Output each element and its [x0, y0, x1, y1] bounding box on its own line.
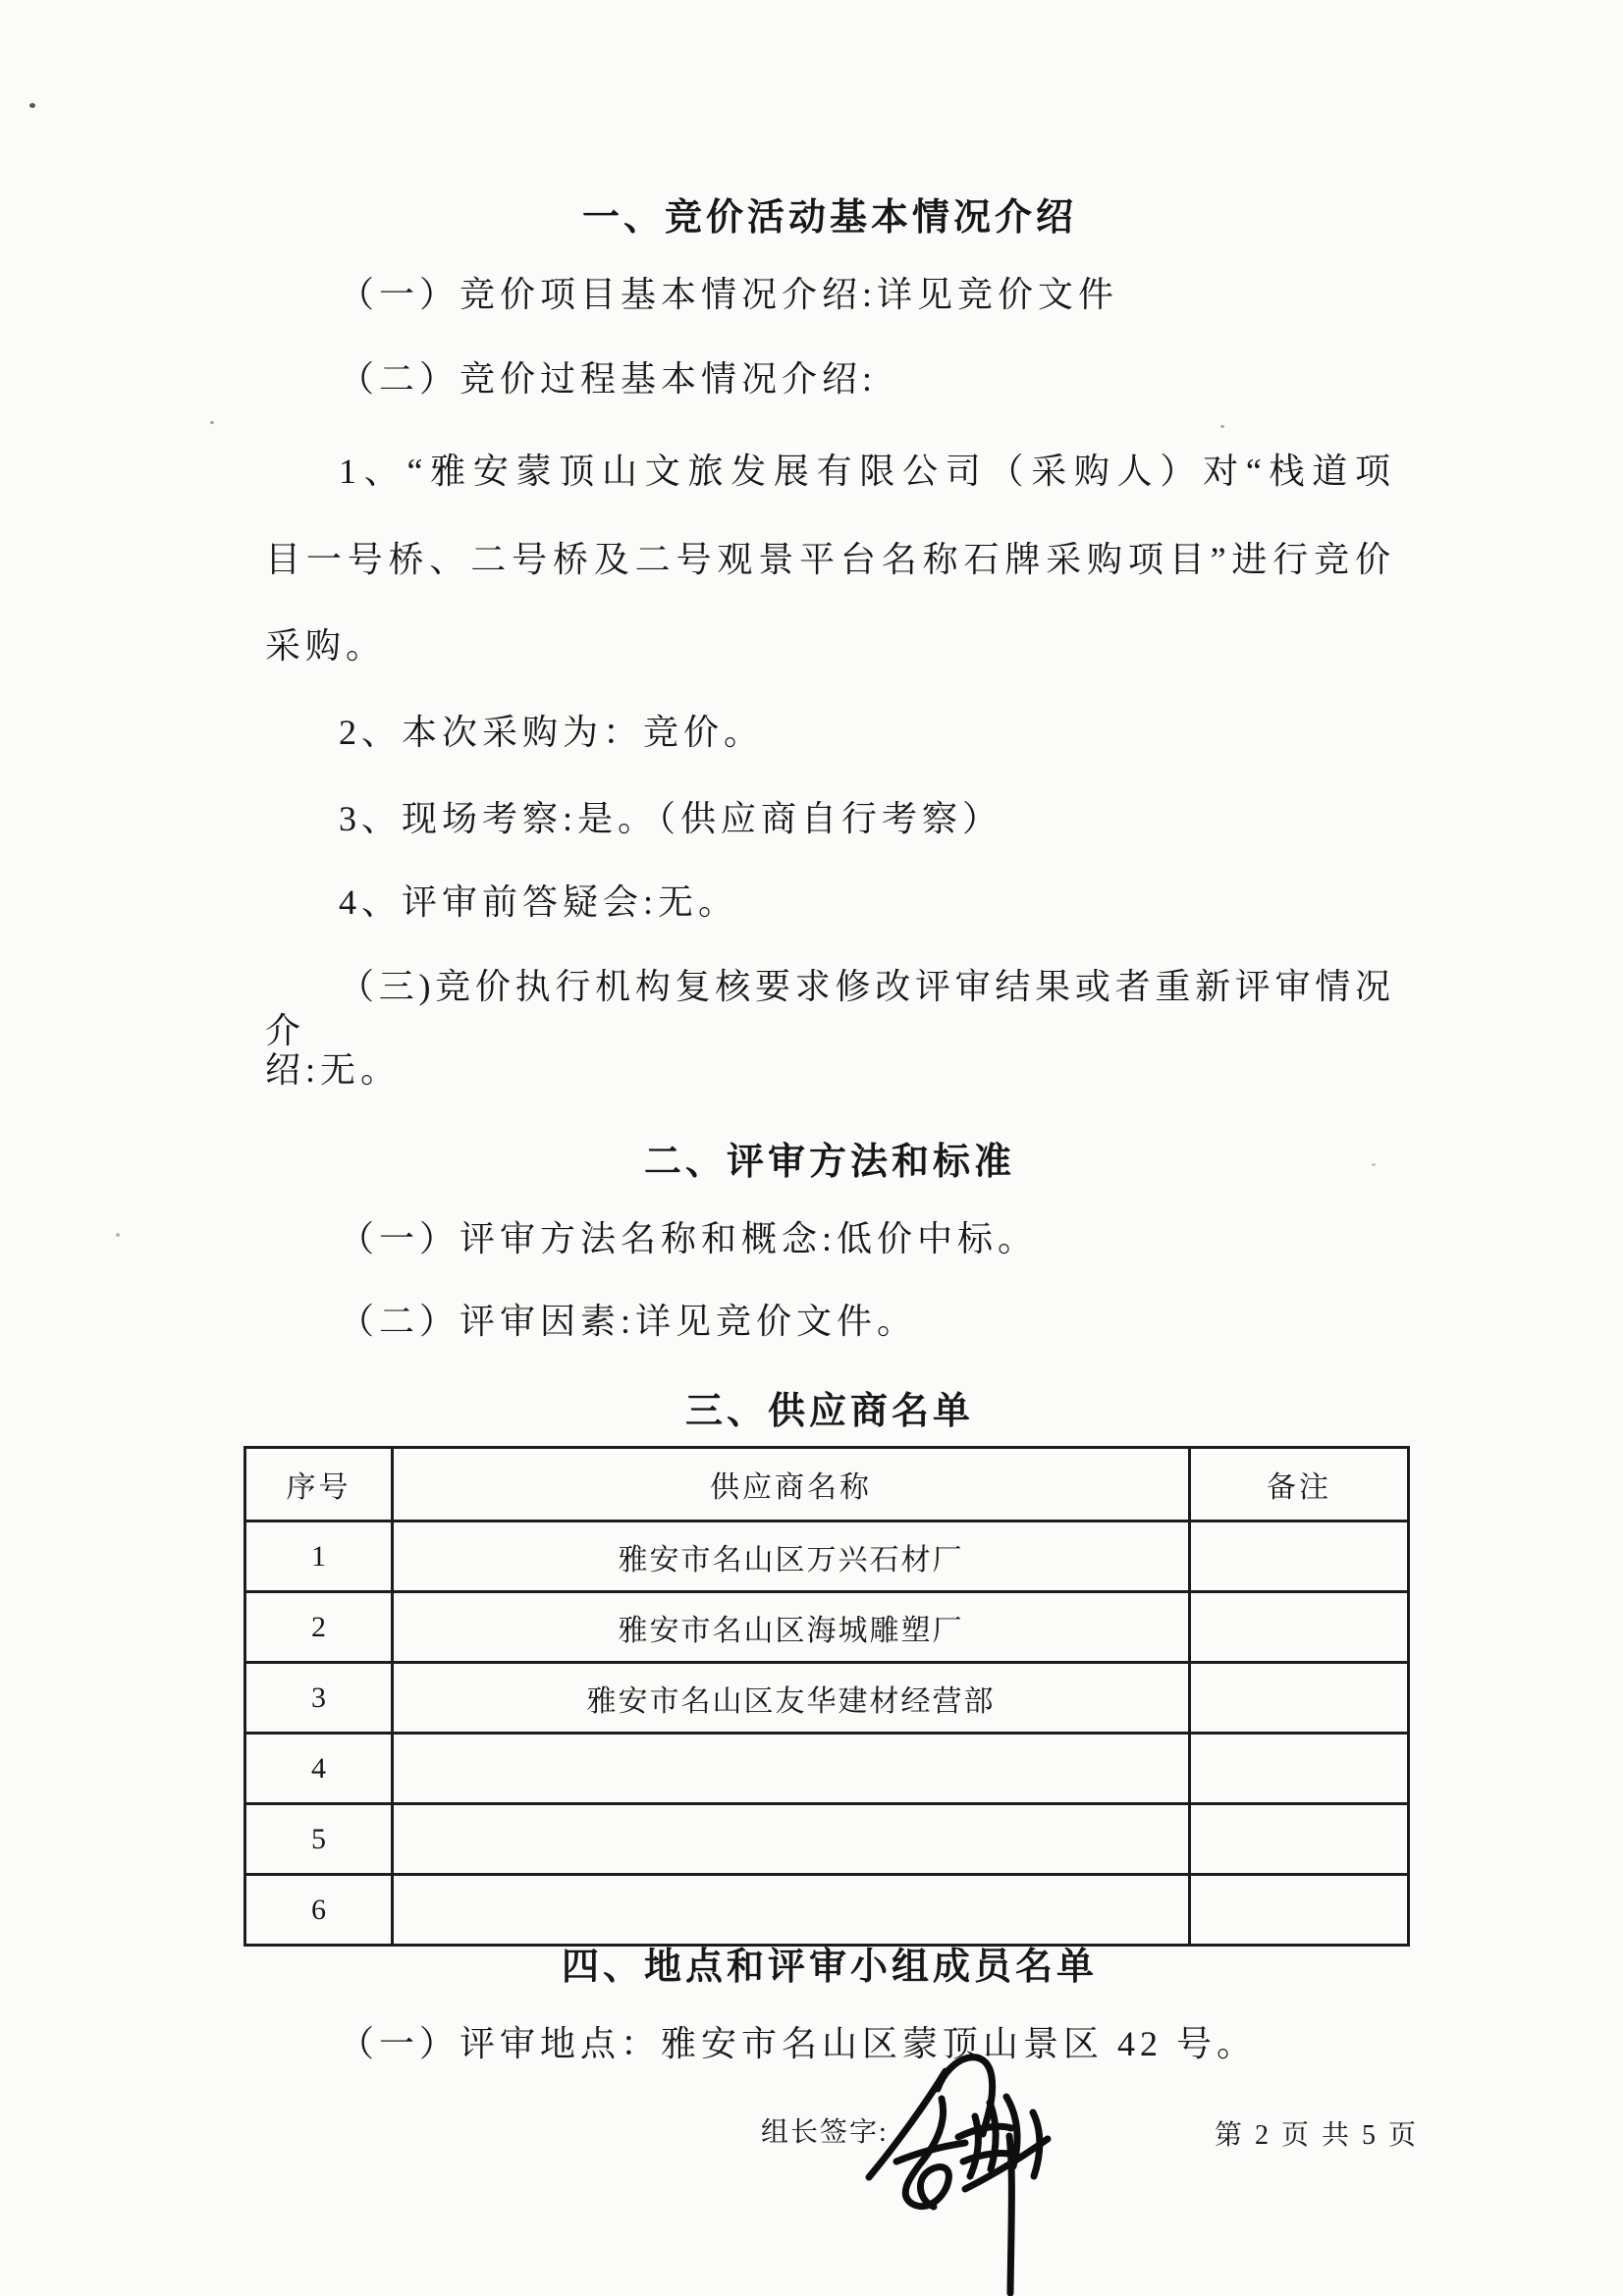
- scan-speck: [210, 421, 214, 424]
- supplier-table: 序号 供应商名称 备注 1 雅安市名山区万兴石材厂 2 雅安市名山区海城雕塑厂 …: [243, 1446, 1410, 1947]
- column-header-index: 序号: [245, 1448, 393, 1522]
- paragraph-project-intro: （一）竞价项目基本情况介绍:详见竞价文件: [265, 273, 1394, 317]
- paragraph-review-location: （一）评审地点：雅安市名山区蒙顶山景区 42 号。: [265, 2022, 1394, 2066]
- paragraph-review-change-line1: （三)竞价执行机构复核要求修改评审结果或者重新评审情况介: [265, 965, 1394, 1053]
- cell-remark: [1190, 1804, 1409, 1875]
- cell-remark: [1190, 1875, 1409, 1946]
- column-header-remark: 备注: [1190, 1448, 1409, 1522]
- scan-speck: [29, 103, 35, 108]
- page-indicator: 第 2 页 共 5 页: [1215, 2113, 1419, 2153]
- paragraph-item1-line3: 采购。: [265, 624, 1394, 668]
- paragraph-item3: 3、现场考察:是。（供应商自行考察）: [265, 797, 1394, 841]
- cell-remark: [1190, 1522, 1409, 1592]
- cell-supplier-name: [393, 1734, 1190, 1804]
- cell-index: 6: [245, 1875, 393, 1946]
- cell-supplier-name: 雅安市名山区海城雕塑厂: [393, 1592, 1190, 1663]
- scan-speck: [1220, 425, 1224, 428]
- cell-index: 5: [245, 1804, 393, 1875]
- section-2-heading: 二、评审方法和标准: [265, 1131, 1394, 1185]
- table-row: 4: [245, 1734, 1409, 1804]
- paragraph-review-change-line2: 绍:无。: [265, 1048, 1394, 1093]
- paragraph-item1-line1: 1、“雅安蒙顶山文旅发展有限公司（采购人）对“栈道项: [265, 450, 1394, 494]
- paragraph-review-factors: （二）评审因素:详见竞价文件。: [265, 1300, 1394, 1344]
- section-1-heading: 一、竞价活动基本情况介绍: [265, 187, 1394, 240]
- column-header-supplier-name: 供应商名称: [393, 1448, 1190, 1522]
- table-row: 6: [245, 1875, 1409, 1946]
- cell-supplier-name: 雅安市名山区友华建材经营部: [393, 1663, 1190, 1734]
- cell-supplier-name: 雅安市名山区万兴石材厂: [393, 1522, 1190, 1592]
- paragraph-item2: 2、本次采购为：竞价。: [265, 711, 1394, 755]
- table-header-row: 序号 供应商名称 备注: [245, 1448, 1409, 1522]
- cell-remark: [1190, 1663, 1409, 1734]
- scan-speck: [116, 1233, 120, 1237]
- paragraph-item1-line2: 目一号桥、二号桥及二号观景平台名称石牌采购项目”进行竞价: [265, 538, 1394, 582]
- cell-index: 1: [245, 1522, 393, 1592]
- cell-remark: [1190, 1592, 1409, 1663]
- section-3-heading: 三、供应商名单: [265, 1380, 1394, 1434]
- paragraph-method-name: （一）评审方法名称和概念:低价中标。: [265, 1217, 1394, 1261]
- table-row: 2 雅安市名山区海城雕塑厂: [245, 1592, 1409, 1663]
- table-row: 1 雅安市名山区万兴石材厂: [245, 1522, 1409, 1592]
- section-4-heading: 四、地点和评审小组成员名单: [265, 1936, 1394, 1990]
- cell-remark: [1190, 1734, 1409, 1804]
- cell-supplier-name: [393, 1804, 1190, 1875]
- cell-index: 3: [245, 1663, 393, 1734]
- cell-index: 4: [245, 1734, 393, 1804]
- paragraph-process-intro: （二）竞价过程基本情况介绍:: [265, 357, 1394, 401]
- scanned-document-page: 一、竞价活动基本情况介绍 （一）竞价项目基本情况介绍:详见竞价文件 （二）竞价过…: [0, 0, 1623, 2296]
- leader-signature-image: [839, 2042, 1134, 2296]
- cell-supplier-name: [393, 1875, 1190, 1946]
- table-row: 3 雅安市名山区友华建材经营部: [245, 1663, 1409, 1734]
- table-row: 5: [245, 1804, 1409, 1875]
- paragraph-item4: 4、评审前答疑会:无。: [265, 881, 1394, 925]
- cell-index: 2: [245, 1592, 393, 1663]
- handwritten-signature-icon: [839, 2042, 1134, 2296]
